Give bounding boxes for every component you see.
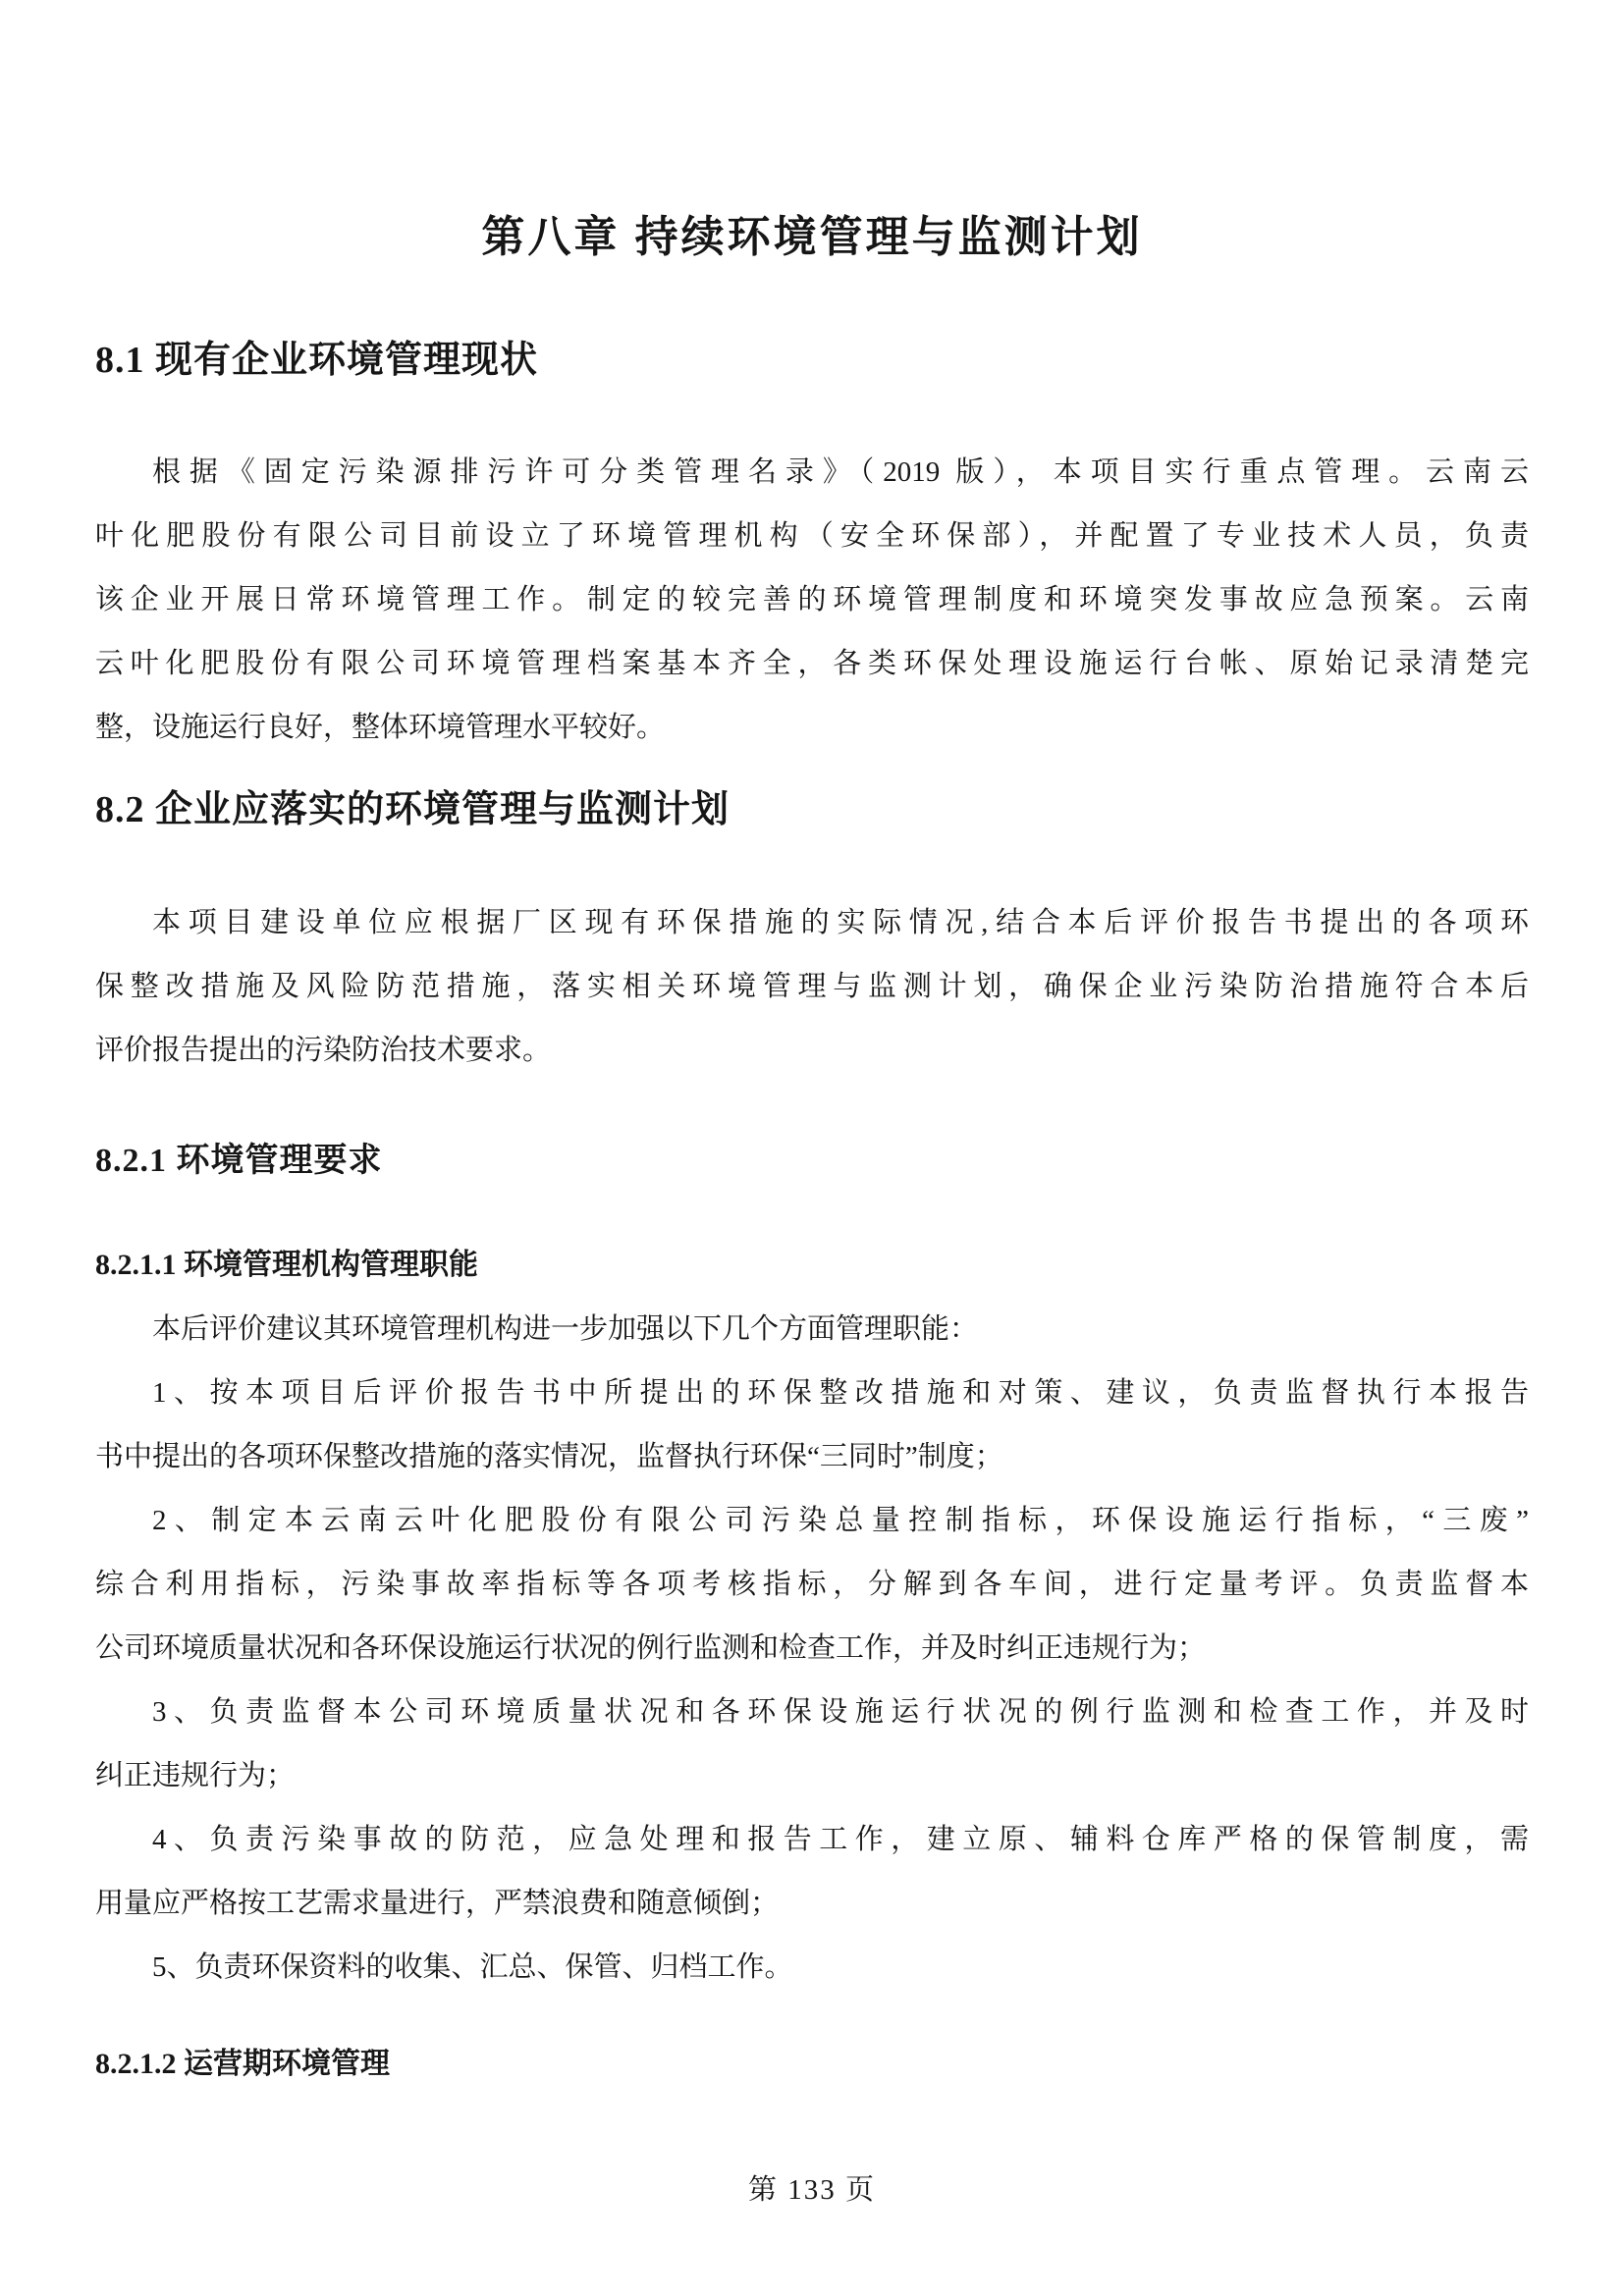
section-8-2-1-1-paragraph: 本后评价建议其环境管理机构进一步加强以下几个方面管理职能： 1、按本项目后评价报… bbox=[95, 1298, 1529, 2000]
page-number-footer: 第 133 页 bbox=[95, 2159, 1529, 2222]
section-8-2-paragraph: 本项目建设单位应根据厂区现有环保措施的实际情况,结合本后评价报告书提出的各项环 … bbox=[95, 891, 1529, 1083]
section-8-2-1-1-heading: 8.2.1.1 环境管理机构管理职能 bbox=[95, 1245, 1529, 1286]
section-8-2-1-2-heading: 8.2.1.2 运营期环境管理 bbox=[95, 2044, 1529, 2085]
paragraph-line: 本项目建设单位应根据厂区现有环保措施的实际情况,结合本后评价报告书提出的各项环 bbox=[95, 891, 1529, 955]
chapter-title: 第八章 持续环境管理与监测计划 bbox=[95, 208, 1529, 267]
paragraph-line: 用量应严格按工艺需求量进行，严禁浪费和随意倾倒； bbox=[95, 1872, 1529, 1936]
paragraph-line: 该企业开展日常环境管理工作。制定的较完善的环境管理制度和环境突发事故应急预案。云… bbox=[95, 568, 1529, 632]
paragraph-line: 2、制定本云南云叶化肥股份有限公司污染总量控制指标，环保设施运行指标，“三废” bbox=[95, 1489, 1529, 1553]
paragraph-line: 叶化肥股份有限公司目前设立了环境管理机构（安全环保部），并配置了专业技术人员，负… bbox=[95, 505, 1529, 568]
paragraph-line: 评价报告提出的污染防治技术要求。 bbox=[95, 1019, 1529, 1083]
section-8-2-1-heading: 8.2.1 环境管理要求 bbox=[95, 1139, 1529, 1184]
section-8-1-heading: 8.1 现有企业环境管理现状 bbox=[95, 336, 1529, 385]
paragraph-line: 1、按本项目后评价报告书中所提出的环保整改措施和对策、建议，负责监督执行本报告 bbox=[95, 1362, 1529, 1425]
paragraph-line: 综合利用指标，污染事故率指标等各项考核指标，分解到各车间，进行定量考评。负责监督… bbox=[95, 1553, 1529, 1617]
paragraph-line: 书中提出的各项环保整改措施的落实情况，监督执行环保“三同时”制度； bbox=[95, 1425, 1529, 1489]
paragraph-line: 本后评价建议其环境管理机构进一步加强以下几个方面管理职能： bbox=[95, 1298, 1529, 1362]
paragraph-line: 3、负责监督本公司环境质量状况和各环保设施运行状况的例行监测和检查工作，并及时 bbox=[95, 1681, 1529, 1744]
paragraph-line: 4、负责污染事故的防范，应急处理和报告工作，建立原、辅料仓库严格的保管制度，需 bbox=[95, 1808, 1529, 1872]
paragraph-line: 保整改措施及风险防范措施，落实相关环境管理与监测计划，确保企业污染防治措施符合本… bbox=[95, 955, 1529, 1019]
paragraph-line: 根据《固定污染源排污许可分类管理名录》（2019 版），本项目实行重点管理。云南… bbox=[95, 441, 1529, 505]
section-8-1-paragraph: 根据《固定污染源排污许可分类管理名录》（2019 版），本项目实行重点管理。云南… bbox=[95, 441, 1529, 760]
paragraph-line: 整，设施运行良好，整体环境管理水平较好。 bbox=[95, 696, 1529, 760]
paragraph-line: 公司环境质量状况和各环保设施运行状况的例行监测和检查工作，并及时纠正违规行为； bbox=[95, 1617, 1529, 1681]
section-8-2-heading: 8.2 企业应落实的环境管理与监测计划 bbox=[95, 785, 1529, 834]
paragraph-line: 云叶化肥股份有限公司环境管理档案基本齐全，各类环保处理设施运行台帐、原始记录清楚… bbox=[95, 632, 1529, 696]
document-page: 第八章 持续环境管理与监测计划 8.1 现有企业环境管理现状 根据《固定污染源排… bbox=[0, 0, 1624, 2296]
paragraph-line: 纠正违规行为； bbox=[95, 1744, 1529, 1808]
paragraph-line: 5、负责环保资料的收集、汇总、保管、归档工作。 bbox=[95, 1936, 1529, 2000]
